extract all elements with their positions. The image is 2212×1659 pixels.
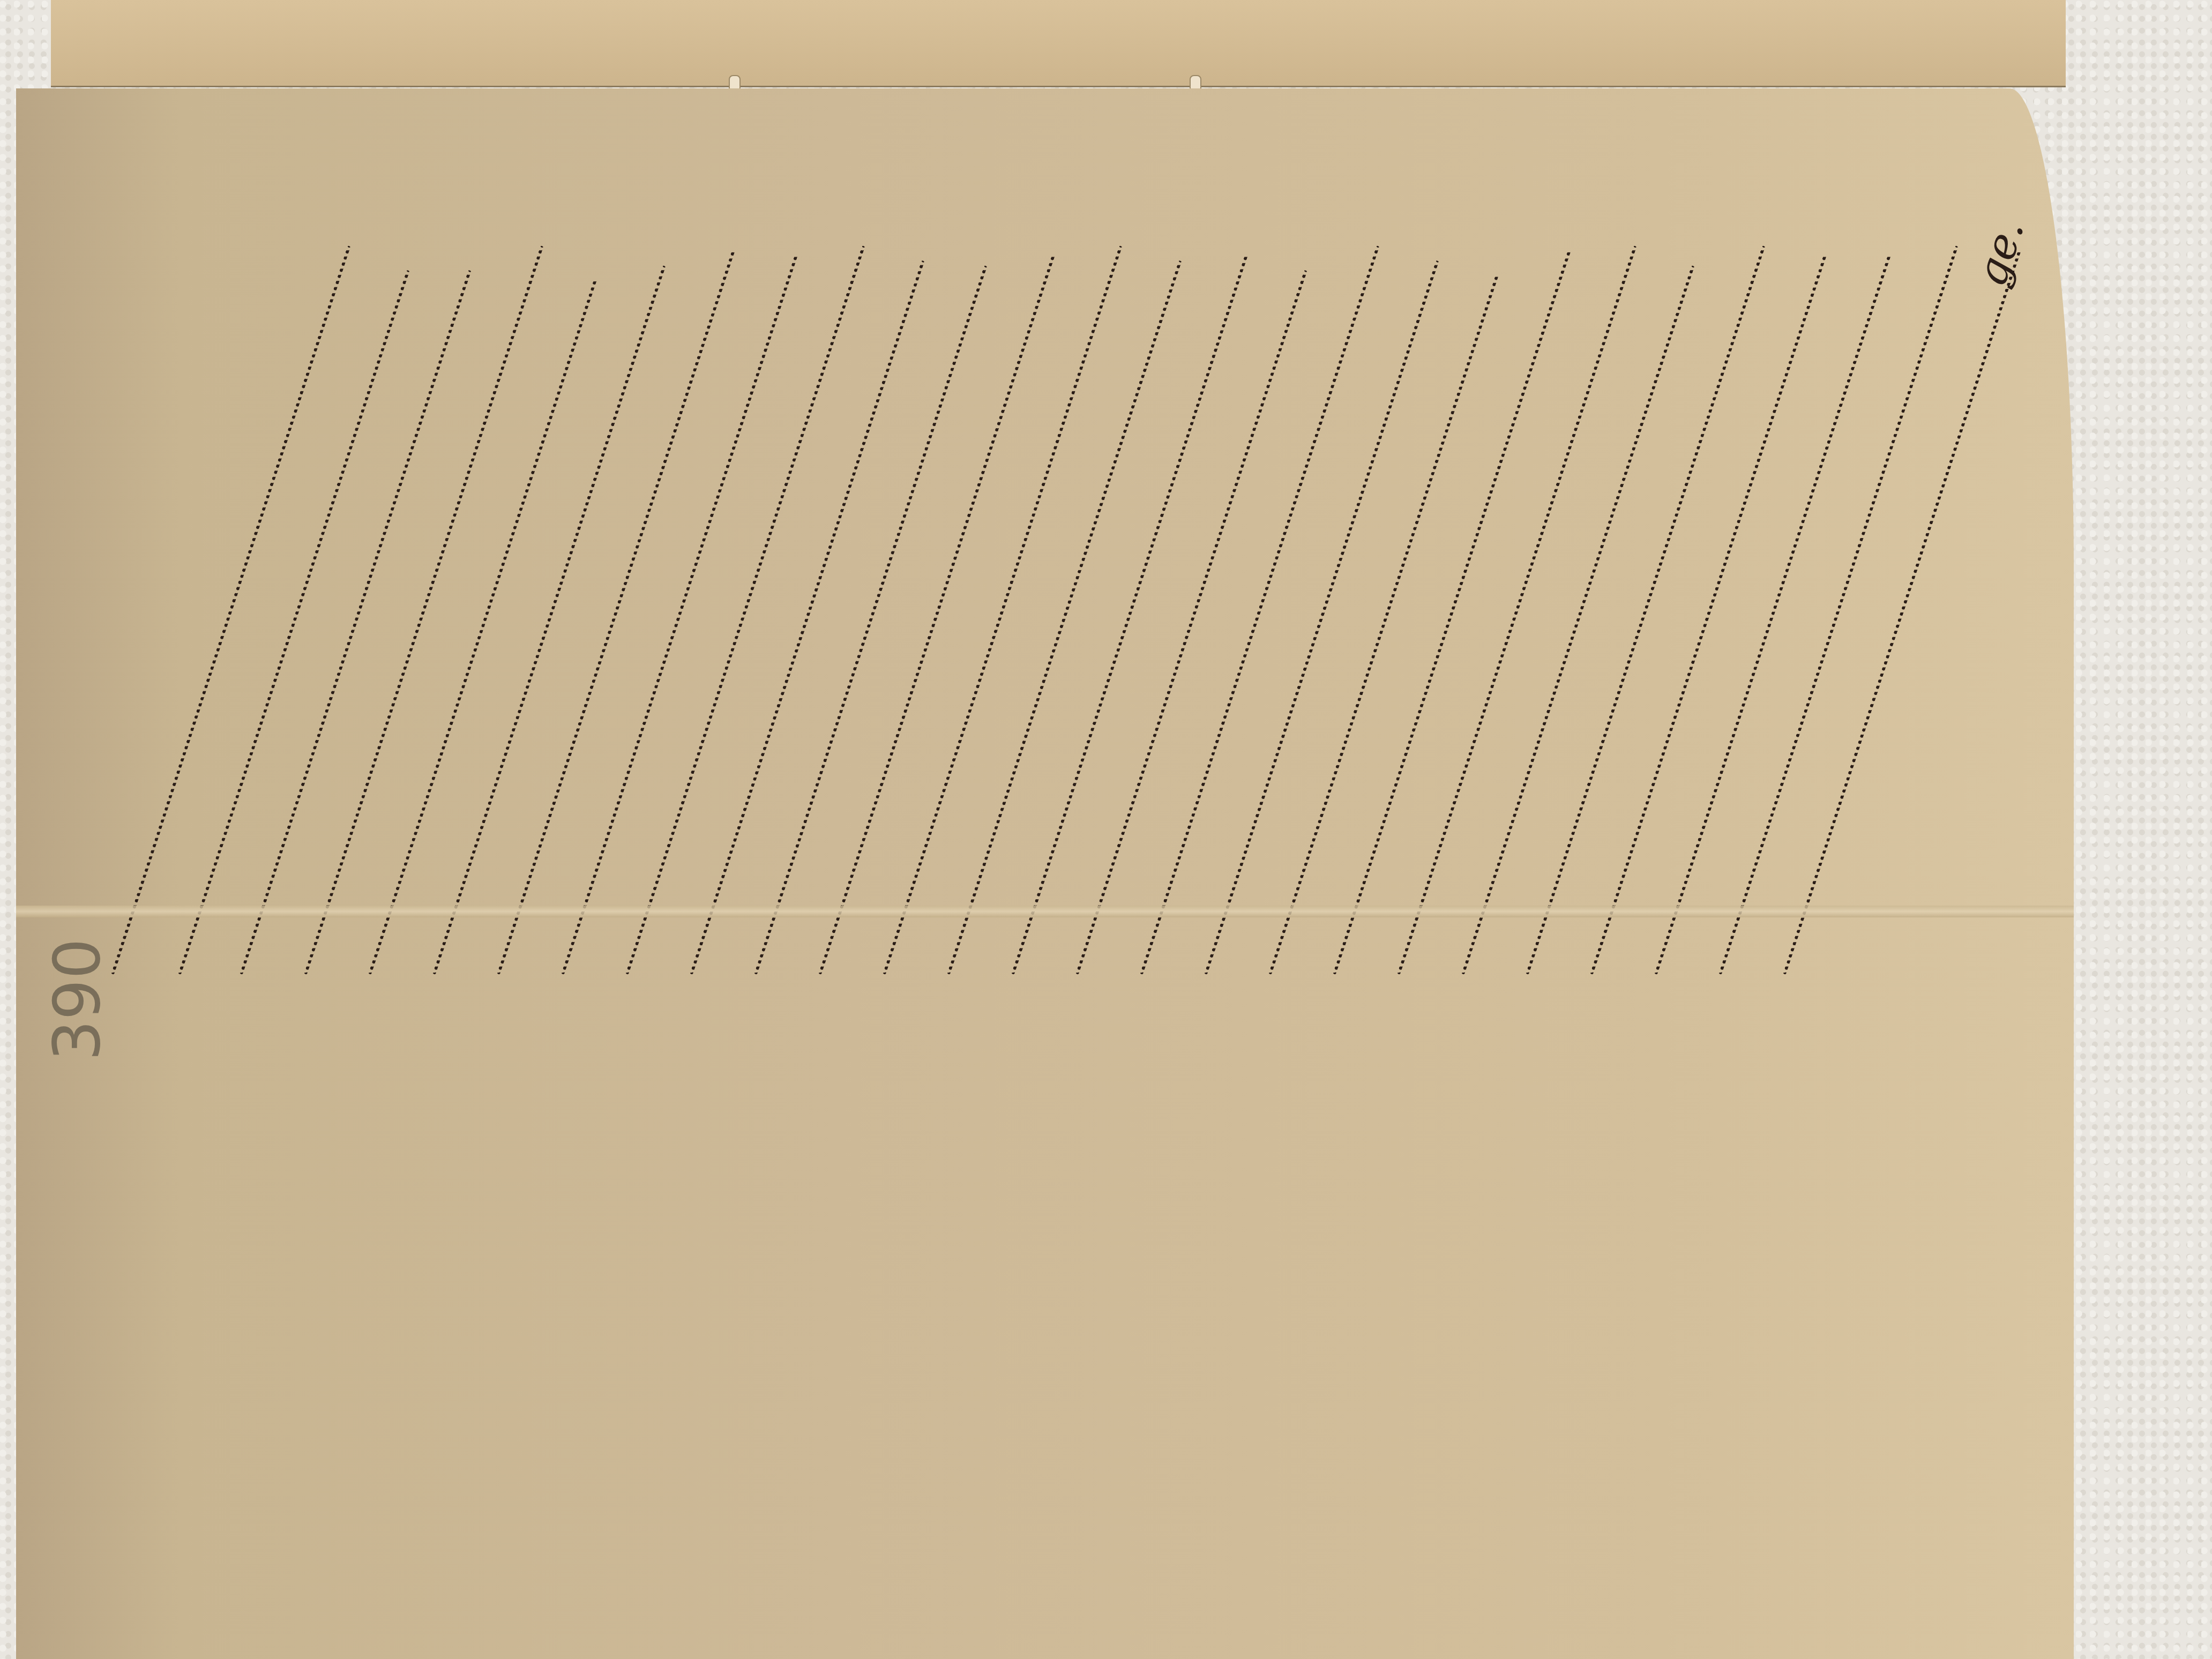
closing-mark: ge. xyxy=(1966,213,2034,292)
handwritten-line xyxy=(1654,256,1890,975)
handwritten-line xyxy=(1526,245,1765,974)
handwritten-line xyxy=(754,265,987,975)
handwritten-line xyxy=(1783,250,2021,974)
handwritten-line xyxy=(1204,260,1439,975)
handwritten-line xyxy=(561,256,797,975)
handwritten-line xyxy=(1718,245,1958,974)
handwritten-line xyxy=(1268,275,1498,975)
handwritten-line xyxy=(432,265,666,975)
handwritten-line xyxy=(1075,270,1307,975)
handwritten-line xyxy=(1333,250,1571,974)
handwritten-line xyxy=(497,250,735,974)
handwritten-line xyxy=(625,245,865,974)
handwritten-line xyxy=(883,245,1122,974)
handwritten-line xyxy=(1590,256,1826,975)
handwritten-line xyxy=(1397,245,1636,974)
handwritten-line xyxy=(368,280,597,975)
handwritten-line xyxy=(1461,265,1694,975)
handwritten-line xyxy=(690,260,924,975)
handwritten-line xyxy=(818,256,1055,975)
handwritten-line xyxy=(1140,245,1379,974)
manuscript-page: ge. xyxy=(16,88,2074,1659)
handwritten-line xyxy=(1011,256,1247,975)
shorthand-text-block xyxy=(113,180,1934,994)
handwritten-line xyxy=(947,260,1182,975)
handwritten-line xyxy=(111,245,350,974)
handwritten-line xyxy=(240,270,471,975)
underlying-page-edge xyxy=(51,0,2066,87)
page-number: 390 xyxy=(40,938,115,1061)
handwritten-line xyxy=(304,245,543,974)
handwritten-line xyxy=(178,270,409,975)
page-fold xyxy=(16,906,2074,917)
